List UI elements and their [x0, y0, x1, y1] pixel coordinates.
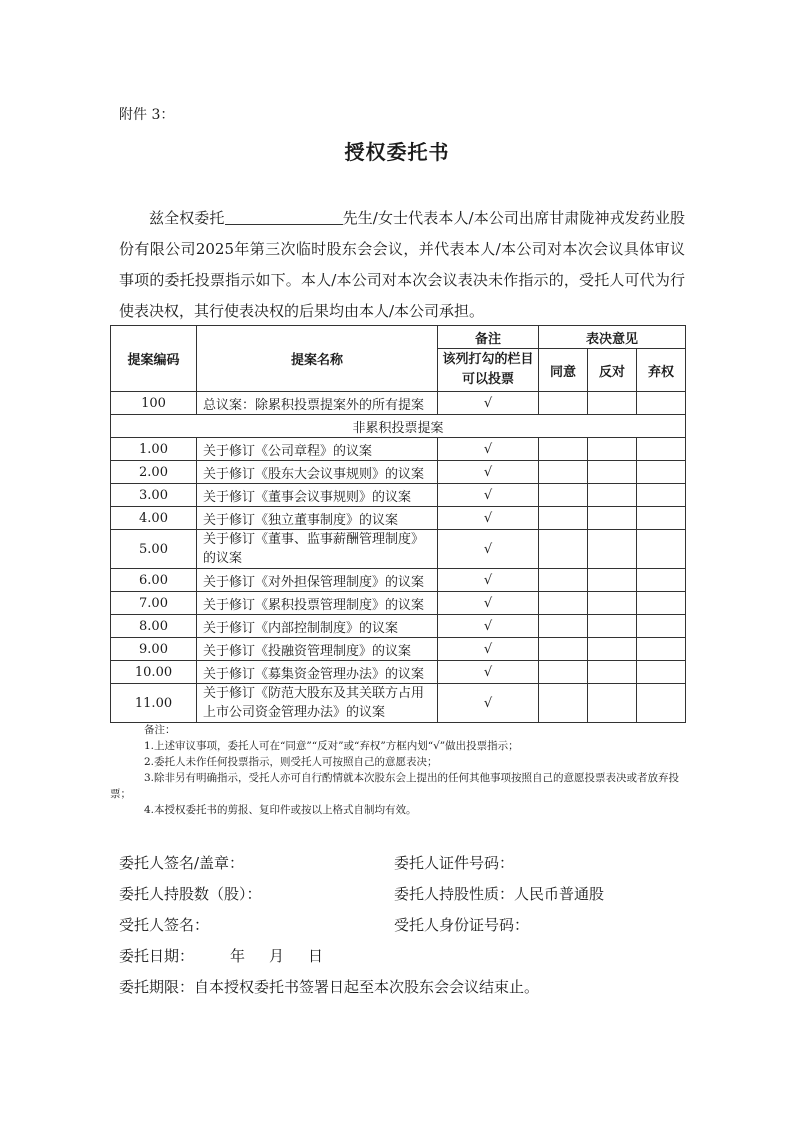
abstain-box[interactable]: [637, 507, 686, 530]
note-item: 4.本授权委托书的剪报、复印件或按以上格式自制均有效。: [110, 802, 686, 818]
table-row-total: 100 总议案：除累积投票提案外的所有提案 √: [111, 392, 686, 415]
principal-shares-label: 委托人持股数（股）：: [119, 883, 394, 914]
row-check: √: [438, 638, 539, 661]
oppose-box[interactable]: [588, 392, 637, 415]
header-vote-opinion: 表决意见: [539, 326, 686, 349]
principal-share-type: 委托人持股性质：人民币普通股: [394, 883, 604, 914]
table-row: 8.00 关于修订《内部控制制度》的议案 √: [111, 615, 686, 638]
table-row: 11.00 关于修订《防范大股东及其关联方占用上市公司资金管理办法》的议案 √: [111, 684, 686, 723]
note-item: 1.上述审议事项，委托人可在“同意”“反对”或“弃权”方框内划“√”做出投票指示…: [110, 738, 686, 754]
agree-box[interactable]: [539, 569, 588, 592]
table-row: 3.00 关于修订《董事会议事规则》的议案 √: [111, 484, 686, 507]
abstain-box[interactable]: [637, 592, 686, 615]
header-agree: 同意: [539, 349, 588, 392]
row-name: 关于修订《董事、监事薪酬管理制度》的议案: [197, 530, 438, 569]
row-name: 关于修订《对外担保管理制度》的议案: [197, 569, 438, 592]
row-check: √: [438, 592, 539, 615]
abstain-box[interactable]: [637, 661, 686, 684]
row-name: 总议案：除累积投票提案外的所有提案: [197, 392, 438, 415]
row-code: 7.00: [111, 592, 197, 615]
principal-id-label: 委托人证件号码：: [394, 852, 514, 883]
table-row: 5.00 关于修订《董事、监事薪酬管理制度》的议案 √: [111, 530, 686, 569]
date-label: 委托日期：: [119, 945, 194, 976]
oppose-box[interactable]: [588, 638, 637, 661]
date-year: 年: [230, 945, 245, 976]
header-code: 提案编码: [111, 326, 197, 392]
row-name: 关于修订《公司章程》的议案: [197, 438, 438, 461]
table-row: 7.00 关于修订《累积投票管理制度》的议案 √: [111, 592, 686, 615]
abstain-box[interactable]: [637, 461, 686, 484]
notes-section: 备注： 1.上述审议事项，委托人可在“同意”“反对”或“弃权”方框内划“√”做出…: [110, 722, 686, 818]
row-code: 3.00: [111, 484, 197, 507]
row-code: 10.00: [111, 661, 197, 684]
section-row: 非累积投票提案: [111, 415, 686, 438]
row-code: 100: [111, 392, 197, 415]
table-row: 2.00 关于修订《股东大会议事规则》的议案 √: [111, 461, 686, 484]
row-code: 1.00: [111, 438, 197, 461]
header-name: 提案名称: [197, 326, 438, 392]
voting-table: 提案编码 提案名称 备注 表决意见 该列打勾的栏目可以投票 同意 反对 弃权 1…: [110, 325, 686, 723]
agree-box[interactable]: [539, 484, 588, 507]
row-name: 关于修订《防范大股东及其关联方占用上市公司资金管理办法》的议案: [197, 684, 438, 723]
oppose-box[interactable]: [588, 530, 637, 569]
date-row: 委托日期： 年 月 日: [119, 945, 689, 976]
oppose-box[interactable]: [588, 569, 637, 592]
row-check: √: [438, 461, 539, 484]
agree-box[interactable]: [539, 592, 588, 615]
row-check: √: [438, 615, 539, 638]
agree-box[interactable]: [539, 392, 588, 415]
row-check: √: [438, 392, 539, 415]
oppose-box[interactable]: [588, 461, 637, 484]
section-label: 非累积投票提案: [111, 415, 686, 438]
agree-box[interactable]: [539, 684, 588, 723]
oppose-box[interactable]: [588, 484, 637, 507]
row-name: 关于修订《内部控制制度》的议案: [197, 615, 438, 638]
row-name: 关于修订《募集资金管理办法》的议案: [197, 661, 438, 684]
table-row: 6.00 关于修订《对外担保管理制度》的议案 √: [111, 569, 686, 592]
abstain-box[interactable]: [637, 684, 686, 723]
intro-paragraph: 兹全权委托先生/女士代表本人/本公司出席甘肃陇神戎发药业股份有限公司2025年第…: [119, 203, 685, 327]
date-day: 日: [308, 945, 323, 976]
table-row: 4.00 关于修订《独立董事制度》的议案 √: [111, 507, 686, 530]
attachment-label: 附件 3：: [119, 104, 174, 124]
agree-box[interactable]: [539, 507, 588, 530]
header-remark-sub: 该列打勾的栏目可以投票: [438, 349, 539, 392]
agent-id-label: 受托人身份证号码：: [394, 914, 529, 945]
row-check: √: [438, 484, 539, 507]
abstain-box[interactable]: [637, 438, 686, 461]
row-name: 关于修订《独立董事制度》的议案: [197, 507, 438, 530]
abstain-box[interactable]: [637, 484, 686, 507]
notes-heading: 备注：: [110, 722, 686, 738]
row-name: 关于修订《累积投票管理制度》的议案: [197, 592, 438, 615]
oppose-box[interactable]: [588, 438, 637, 461]
abstain-box[interactable]: [637, 530, 686, 569]
principal-sign-label: 委托人签名/盖章：: [119, 852, 394, 883]
agree-box[interactable]: [539, 438, 588, 461]
agent-name-blank[interactable]: [225, 209, 343, 225]
table-row: 1.00 关于修订《公司章程》的议案 √: [111, 438, 686, 461]
row-code: 5.00: [111, 530, 197, 569]
abstain-box[interactable]: [637, 638, 686, 661]
row-code: 4.00: [111, 507, 197, 530]
agree-box[interactable]: [539, 530, 588, 569]
header-oppose: 反对: [588, 349, 637, 392]
row-check: √: [438, 438, 539, 461]
oppose-box[interactable]: [588, 507, 637, 530]
document-title: 授权委托书: [0, 136, 794, 165]
agree-box[interactable]: [539, 461, 588, 484]
note-item: 3.除非另有明确指示，受托人亦可自行酌情就本次股东会上提出的任何其他事项按照自己…: [110, 770, 686, 802]
date-month: 月: [269, 945, 284, 976]
note-item: 2.委托人未作任何投票指示，则受托人可按照自己的意愿表决；: [110, 754, 686, 770]
table-row: 9.00 关于修订《投融资管理制度》的议案 √: [111, 638, 686, 661]
abstain-box[interactable]: [637, 615, 686, 638]
abstain-box[interactable]: [637, 392, 686, 415]
signature-section: 委托人签名/盖章： 委托人证件号码： 委托人持股数（股）： 委托人持股性质：人民…: [119, 852, 689, 1007]
row-code: 9.00: [111, 638, 197, 661]
header-remark: 备注: [438, 326, 539, 349]
oppose-box[interactable]: [588, 661, 637, 684]
abstain-box[interactable]: [637, 569, 686, 592]
row-check: √: [438, 684, 539, 723]
table-row: 10.00 关于修订《募集资金管理办法》的议案 √: [111, 661, 686, 684]
oppose-box[interactable]: [588, 684, 637, 723]
row-check: √: [438, 530, 539, 569]
oppose-box[interactable]: [588, 592, 637, 615]
row-code: 11.00: [111, 684, 197, 723]
delegation-term: 委托期限：自本授权委托书签署日起至本次股东会会议结束止。: [119, 976, 539, 1007]
agree-box[interactable]: [539, 661, 588, 684]
oppose-box[interactable]: [588, 615, 637, 638]
agree-box[interactable]: [539, 638, 588, 661]
row-code: 6.00: [111, 569, 197, 592]
row-check: √: [438, 569, 539, 592]
intro-before-blank: 兹全权委托: [149, 209, 225, 227]
row-check: √: [438, 661, 539, 684]
row-name: 关于修订《董事会议事规则》的议案: [197, 484, 438, 507]
agent-sign-label: 受托人签名：: [119, 914, 394, 945]
row-code: 2.00: [111, 461, 197, 484]
row-name: 关于修订《投融资管理制度》的议案: [197, 638, 438, 661]
row-name: 关于修订《股东大会议事规则》的议案: [197, 461, 438, 484]
header-abstain: 弃权: [637, 349, 686, 392]
agree-box[interactable]: [539, 615, 588, 638]
row-code: 8.00: [111, 615, 197, 638]
row-check: √: [438, 507, 539, 530]
